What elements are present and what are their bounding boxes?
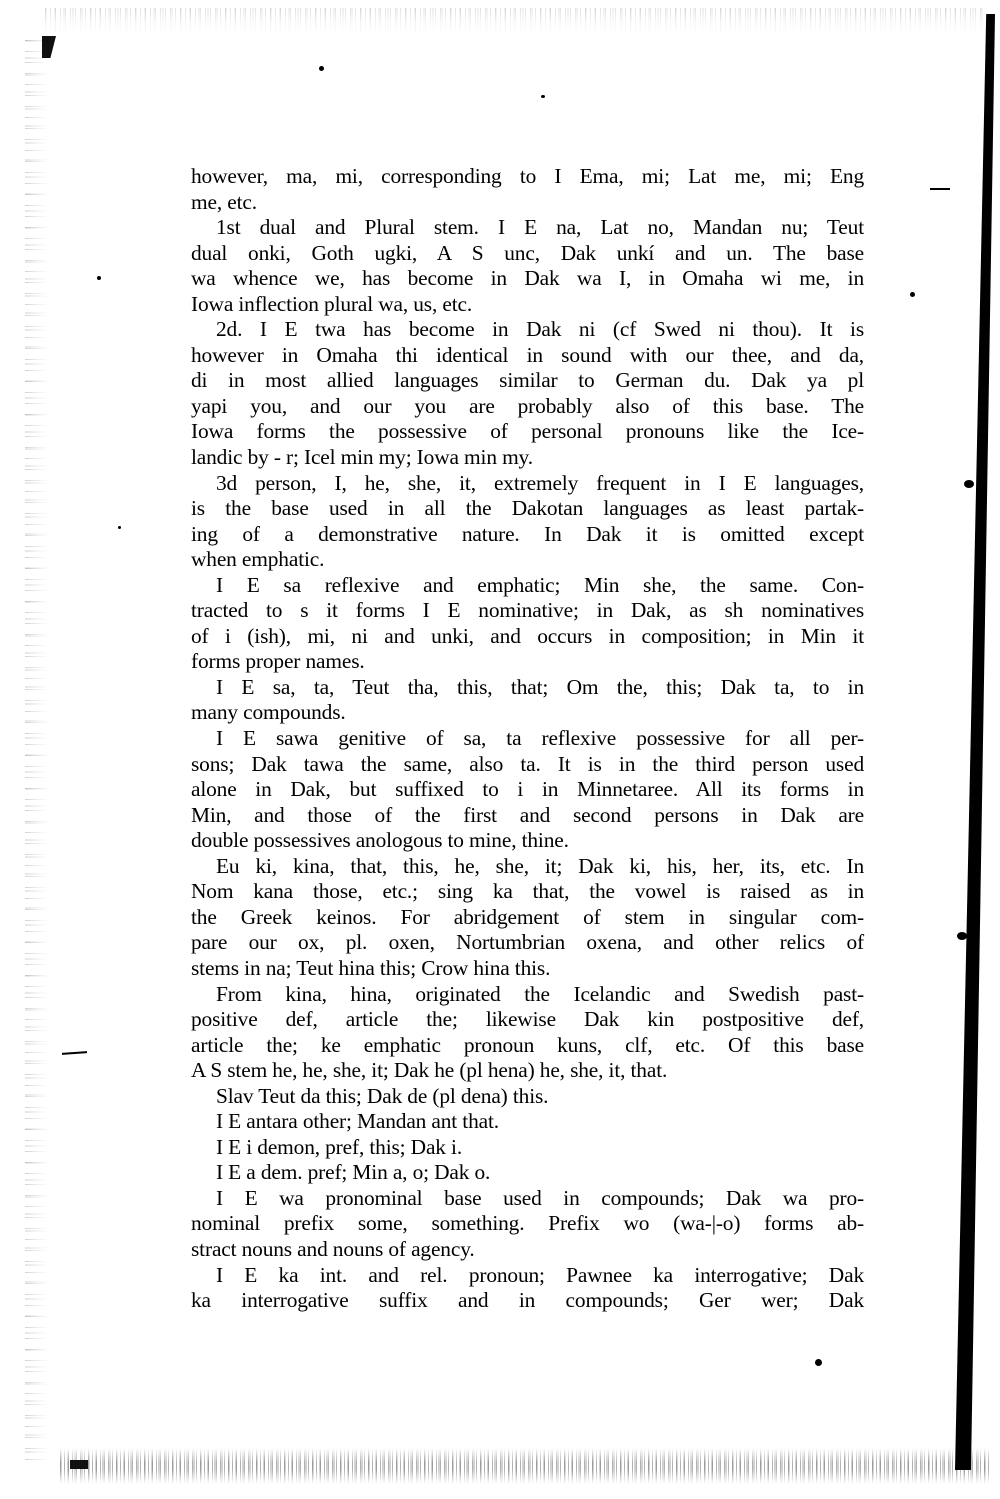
text-line: A S stem he, he, she, it; Dak he (pl hen… [191, 1058, 864, 1084]
page-edge-notch [964, 480, 974, 488]
scan-speck [910, 292, 915, 297]
text-line: landic by - r; Icel min my; Iowa min my. [191, 445, 864, 471]
text-line: 2d. I E twa has become in Dak ni (cf Swe… [191, 317, 864, 343]
paragraph: I E antara other; Mandan ant that. [191, 1109, 864, 1135]
paragraph: 1st dual and Plural stem. I E na, Lat no… [191, 215, 864, 317]
scan-speck [319, 66, 324, 71]
text-line: alone in Dak, but suffixed to i in Minne… [191, 777, 864, 803]
scan-speck [541, 95, 545, 98]
text-line: double possessives anologous to mine, th… [191, 828, 864, 854]
scan-mark [930, 188, 950, 190]
text-line: when emphatic. [191, 547, 864, 573]
text-line: ing of a demonstrative nature. In Dak it… [191, 522, 864, 548]
text-line: nominal prefix some, something. Prefix w… [191, 1211, 864, 1237]
text-line: ka interrogative suffix and in compounds… [191, 1288, 864, 1314]
text-line: pare our ox, pl. oxen, Nortumbrian oxena… [191, 930, 864, 956]
paragraph: 2d. I E twa has become in Dak ni (cf Swe… [191, 317, 864, 470]
text-line: yapi you, and our you are probably also … [191, 394, 864, 420]
paragraph: 3d person, I, he, she, it, extremely fre… [191, 471, 864, 573]
text-line: Min, and those of the first and second p… [191, 803, 864, 829]
text-line: I E sa, ta, Teut tha, this, that; Om the… [191, 675, 864, 701]
text-line: however, ma, mi, corresponding to I Ema,… [191, 164, 864, 190]
text-line: Iowa forms the possessive of personal pr… [191, 419, 864, 445]
scan-speck [97, 276, 101, 280]
text-line: tracted to s it forms I E nominative; in… [191, 598, 864, 624]
text-line: di in most allied languages similar to G… [191, 368, 864, 394]
text-line: Iowa inflection plural wa, us, etc. [191, 292, 864, 318]
paragraph: I E wa pronominal base used in compounds… [191, 1186, 864, 1263]
scanned-page: however, ma, mi, corresponding to I Ema,… [0, 0, 1000, 1499]
paragraph: From kina, hina, originated the Icelandi… [191, 982, 864, 1084]
text-line: wa whence we, has become in Dak wa I, in… [191, 266, 864, 292]
text-line: 3d person, I, he, she, it, extremely fre… [191, 471, 864, 497]
scan-speck [118, 526, 121, 529]
paragraph: Eu ki, kina, that, this, he, she, it; Da… [191, 854, 864, 982]
text-line: Nom kana those, etc.; sing ka that, the … [191, 879, 864, 905]
scan-noise-left [25, 40, 65, 1460]
text-line: I E ka int. and rel. pronoun; Pawnee ka … [191, 1263, 864, 1289]
scan-mark [62, 1051, 87, 1055]
scan-speck [815, 1359, 822, 1366]
text-line: the Greek keinos. For abridgement of ste… [191, 905, 864, 931]
paragraph: I E i demon, pref, this; Dak i. [191, 1135, 864, 1161]
paragraph: however, ma, mi, corresponding to I Ema,… [191, 164, 864, 215]
page-edge-notch [957, 932, 967, 940]
body-text: however, ma, mi, corresponding to I Ema,… [191, 164, 864, 1314]
scan-corner-mark [70, 1460, 88, 1469]
text-line: I E i demon, pref, this; Dak i. [191, 1135, 864, 1161]
text-line: I E sawa genitive of sa, ta reflexive po… [191, 726, 864, 752]
text-line: article the; ke emphatic pronoun kuns, c… [191, 1033, 864, 1059]
paragraph: Slav Teut da this; Dak de (pl dena) this… [191, 1084, 864, 1110]
paragraph: I E sawa genitive of sa, ta reflexive po… [191, 726, 864, 854]
text-line: 1st dual and Plural stem. I E na, Lat no… [191, 215, 864, 241]
text-line: many compounds. [191, 700, 864, 726]
text-line: forms proper names. [191, 649, 864, 675]
scan-noise-bottom [60, 1448, 990, 1484]
text-line: of i (ish), mi, ni and unki, and occurs … [191, 624, 864, 650]
text-line: sons; Dak tawa the same, also ta. It is … [191, 752, 864, 778]
text-line: Slav Teut da this; Dak de (pl dena) this… [191, 1084, 864, 1110]
text-line: I E sa reflexive and emphatic; Min she, … [191, 573, 864, 599]
text-line: positive def, article the; likewise Dak … [191, 1007, 864, 1033]
text-line: I E a dem. pref; Min a, o; Dak o. [191, 1160, 864, 1186]
text-line: is the base used in all the Dakotan lang… [191, 496, 864, 522]
paragraph: I E sa reflexive and emphatic; Min she, … [191, 573, 864, 675]
text-line: dual onki, Goth ugki, A S unc, Dak unkí … [191, 241, 864, 267]
text-line: me, etc. [191, 190, 864, 216]
text-line: Eu ki, kina, that, this, he, she, it; Da… [191, 854, 864, 880]
text-line: stems in na; Teut hina this; Crow hina t… [191, 956, 864, 982]
paragraph: I E a dem. pref; Min a, o; Dak o. [191, 1160, 864, 1186]
text-line: From kina, hina, originated the Icelandi… [191, 982, 864, 1008]
paragraph: I E sa, ta, Teut tha, this, that; Om the… [191, 675, 864, 726]
text-line: I E antara other; Mandan ant that. [191, 1109, 864, 1135]
text-line: however in Omaha thi identical in sound … [191, 343, 864, 369]
text-line: I E wa pronominal base used in compounds… [191, 1186, 864, 1212]
paragraph: I E ka int. and rel. pronoun; Pawnee ka … [191, 1263, 864, 1314]
scan-noise-top [45, 8, 985, 36]
page-edge-shadow [955, 14, 995, 1470]
text-line: stract nouns and nouns of agency. [191, 1237, 864, 1263]
